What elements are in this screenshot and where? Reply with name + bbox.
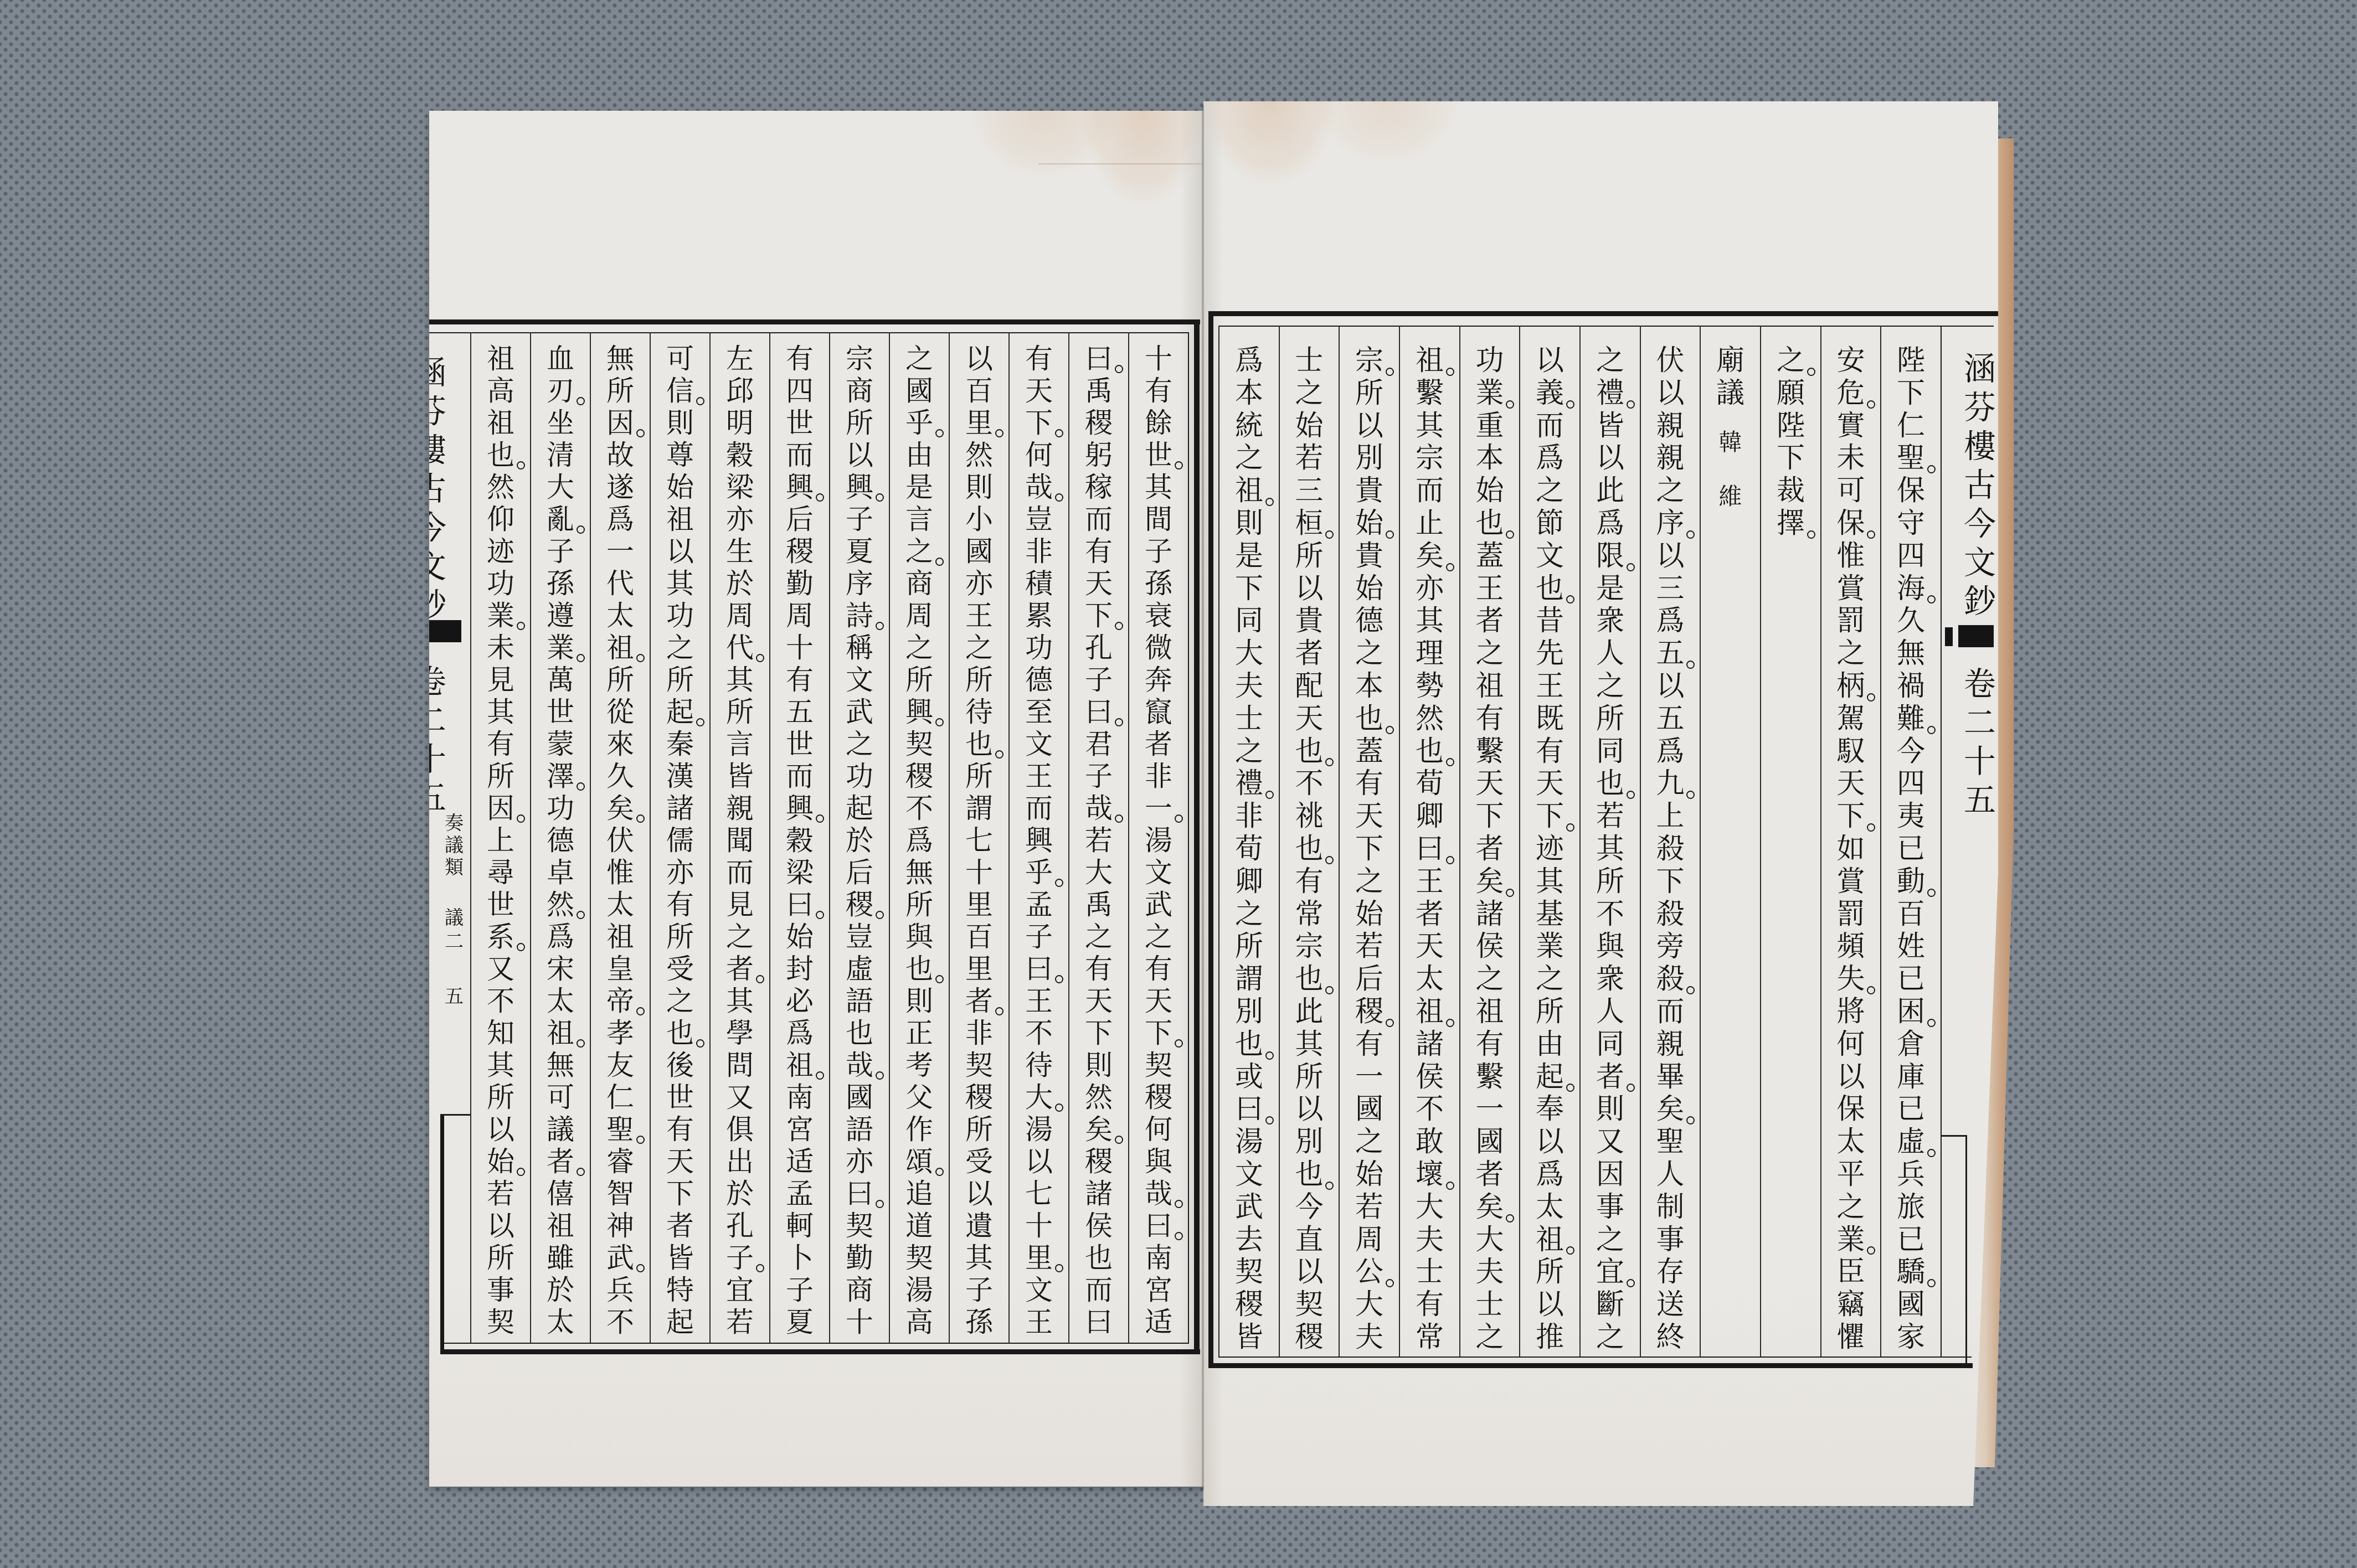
glyph: 與	[1581, 931, 1640, 963]
glyph: 而	[1010, 792, 1068, 824]
glyph: 所	[1280, 1061, 1339, 1094]
glyph: 王	[1010, 985, 1068, 1017]
glyph: 邱	[711, 375, 769, 407]
glyph: 大	[1069, 857, 1128, 889]
glyph: 大	[1400, 1192, 1459, 1224]
glyph: 直	[1280, 1224, 1339, 1257]
glyph: 賞	[1821, 866, 1880, 899]
glyph: 可	[651, 343, 709, 375]
glyph: 陛	[1881, 345, 1941, 378]
glyph: 以	[1641, 378, 1700, 410]
glyph: 興	[1010, 824, 1068, 857]
glyph: 矣	[591, 792, 650, 824]
glyph: 始	[471, 1146, 530, 1178]
glyph: 旅	[1881, 1192, 1941, 1224]
glyph: 亦	[711, 503, 769, 535]
glyph: 今	[1881, 736, 1941, 768]
glyph: 契	[890, 728, 949, 760]
glyph: 孔	[1069, 632, 1128, 664]
text-column: 左邱明穀梁亦生於周代其所言皆親聞而見之者其學問又俱出於孔子宜若	[709, 332, 769, 1343]
punctuation-circle	[1867, 693, 1875, 702]
glyph: 公	[1340, 1256, 1399, 1289]
glyph: 若	[711, 1306, 769, 1338]
glyph: 始	[651, 471, 709, 503]
punctuation-circle	[636, 814, 645, 823]
glyph: 守	[1881, 508, 1941, 540]
header-bracket-line	[1965, 1135, 1967, 1363]
glyph: 蓋	[1460, 540, 1519, 573]
glyph: 子	[1069, 664, 1128, 696]
glyph: 兵	[591, 1274, 650, 1306]
glyph: 起	[651, 1306, 709, 1338]
glyph: 后	[830, 857, 889, 889]
glyph: 微	[1129, 632, 1188, 664]
glyph: 宗	[1340, 345, 1399, 378]
glyph: 不	[1581, 899, 1640, 931]
glyph: 業	[531, 632, 590, 664]
glyph: 同	[1581, 1029, 1640, 1061]
glyph: 卷	[429, 662, 452, 701]
glyph: 鈔	[1958, 582, 1998, 621]
glyph: 保	[1821, 508, 1880, 540]
text-column: 可信則尊始祖以其功之所起秦漢諸儒亦有所受之也後世有天下者皆特起	[650, 332, 709, 1343]
glyph: 議	[531, 1113, 590, 1146]
glyph: 太	[591, 600, 650, 632]
glyph: 旁	[1641, 931, 1700, 963]
glyph: 祖	[1520, 1224, 1579, 1257]
glyph: 事	[1581, 1192, 1640, 1224]
glyph: 親	[1641, 1029, 1700, 1061]
glyph: 士	[1460, 1289, 1519, 1322]
glyph: 稷	[770, 535, 829, 568]
glyph: 武	[1129, 889, 1188, 921]
glyph: 所	[711, 696, 769, 728]
glyph: 以	[1010, 1146, 1068, 1178]
glyph: 德	[1010, 664, 1068, 696]
glyph: 考	[890, 1049, 949, 1081]
frame-bottom-inner	[1218, 1356, 1972, 1358]
glyph: 柄	[1821, 670, 1880, 703]
glyph: 若	[1340, 931, 1399, 963]
glyph: 勢	[1400, 670, 1459, 703]
glyph: 馭	[1821, 736, 1880, 768]
glyph: 皆	[651, 1242, 709, 1274]
punctuation-circle	[816, 493, 824, 502]
glyph: 累	[1010, 600, 1068, 632]
glyph: 宗	[1280, 931, 1339, 963]
glyph: 既	[1520, 703, 1579, 736]
glyph: 孟	[770, 1178, 829, 1210]
glyph: 世	[770, 407, 829, 439]
glyph: 其	[471, 696, 530, 728]
glyph: 七	[1010, 1178, 1068, 1210]
water-stain	[1203, 101, 1336, 184]
glyph: 下	[1520, 801, 1579, 833]
glyph: 卜	[770, 1242, 829, 1274]
glyph: 者	[1581, 1061, 1640, 1094]
glyph: 天	[1280, 703, 1339, 736]
glyph: 樓	[1958, 427, 1998, 466]
glyph: 敢	[1400, 1126, 1459, 1159]
glyph: 契	[1280, 1289, 1339, 1322]
glyph: 其	[711, 985, 769, 1017]
punctuation-circle	[1506, 530, 1514, 539]
glyph: 大	[1340, 1289, 1399, 1322]
glyph: 之	[1581, 345, 1640, 378]
glyph: 所	[950, 1113, 1008, 1146]
right-page: 涵芬樓古今文鈔 卷二十五 陛下仁聖保守四海久無禍難今四夷已動百姓已困倉庫已虛兵旅…	[1203, 101, 1998, 1506]
glyph: 其	[1400, 605, 1459, 638]
glyph: 里	[1010, 1242, 1068, 1274]
punctuation-circle	[1325, 530, 1334, 539]
glyph: 僖	[531, 1178, 590, 1210]
glyph: 生	[711, 535, 769, 568]
text-column: 以義而爲之節文也昔先王既有天下迹其基業之所由起奉以爲太祖所以推	[1519, 326, 1579, 1356]
glyph: 三	[1641, 573, 1700, 606]
glyph: 四	[1881, 768, 1941, 801]
glyph: 之	[1821, 638, 1880, 670]
frame-top-outer	[1208, 311, 1998, 316]
punctuation-circle	[1867, 1246, 1875, 1255]
glyph: 與	[890, 921, 949, 953]
glyph: 議	[440, 906, 468, 930]
glyph: 蓋	[1340, 736, 1399, 768]
glyph: 王	[1010, 1306, 1068, 1338]
glyph: 仰	[471, 503, 530, 535]
glyph: 契	[830, 1210, 889, 1242]
glyph: 之	[1460, 1322, 1519, 1354]
glyph: 三	[1280, 475, 1339, 508]
glyph: 文	[1129, 857, 1188, 889]
punctuation-circle	[1627, 1279, 1635, 1287]
glyph: 也	[1280, 963, 1339, 996]
glyph: 聖	[591, 1113, 650, 1146]
glyph: 於	[711, 568, 769, 600]
glyph: 文	[1219, 1159, 1279, 1192]
glyph: 有	[651, 1113, 709, 1146]
glyph: 矣	[1460, 1192, 1519, 1224]
glyph: 久	[1881, 605, 1941, 638]
glyph: 始	[1340, 573, 1399, 606]
glyph: 里	[950, 889, 1008, 921]
glyph: 高	[890, 1306, 949, 1338]
glyph: 見	[471, 664, 530, 696]
glyph: 繫	[1400, 378, 1459, 410]
glyph: 推	[1520, 1322, 1579, 1354]
glyph: 別	[1340, 442, 1399, 475]
glyph: 其	[651, 568, 709, 600]
glyph: 惟	[1821, 540, 1880, 573]
glyph: 文	[1520, 540, 1579, 573]
glyph: 貴	[1340, 540, 1399, 573]
glyph: 國	[1881, 1289, 1941, 1322]
glyph: 議	[440, 834, 468, 857]
glyph: 文	[1010, 1274, 1068, 1306]
glyph: 曰	[1219, 1094, 1279, 1126]
glyph: 祖	[1400, 345, 1459, 378]
glyph: 皆	[711, 760, 769, 792]
glyph: 芬	[1958, 388, 1998, 427]
glyph: 仁	[591, 1081, 650, 1113]
glyph: 困	[1881, 996, 1941, 1029]
glyph: 安	[1821, 345, 1880, 378]
text-column: 之禮皆以此爲限是衆人之所同也若其所不與衆人同者則又因事之宜斷之	[1579, 326, 1640, 1356]
glyph: 姓	[1881, 931, 1941, 963]
glyph: 荀	[1219, 833, 1279, 866]
glyph: 可	[531, 1081, 590, 1113]
glyph: 以	[1581, 442, 1640, 475]
glyph: 湯	[1219, 1126, 1279, 1159]
glyph: 有	[770, 343, 829, 375]
glyph: 何	[1010, 439, 1068, 471]
glyph: 之	[830, 728, 889, 760]
glyph: 文	[1010, 728, 1068, 760]
glyph: 武	[591, 1242, 650, 1274]
left-page: 涵芬樓古今文鈔 卷二十五 奏議類 議二 五 十有餘世其間子孫衰微奔竄者非一湯文武…	[429, 111, 1205, 1487]
running-head-category: 奏議類	[440, 812, 468, 879]
glyph: 起	[830, 792, 889, 824]
punctuation-circle	[1566, 1084, 1574, 1092]
glyph: 若	[1340, 1192, 1399, 1224]
punctuation-circle	[1927, 595, 1936, 604]
glyph: 家	[1881, 1322, 1941, 1354]
glyph: 曰	[1129, 1210, 1188, 1242]
glyph: 者	[950, 985, 1008, 1017]
glyph: 稷	[1069, 407, 1128, 439]
glyph: 夏	[770, 1306, 829, 1338]
glyph: 功	[1010, 632, 1068, 664]
glyph: 聞	[711, 824, 769, 857]
punctuation-circle	[636, 1136, 645, 1144]
glyph: 后	[770, 503, 829, 535]
punctuation-circle	[935, 718, 944, 726]
punctuation-circle	[876, 1200, 884, 1208]
punctuation-circle	[876, 911, 884, 919]
glyph: 商	[830, 1274, 889, 1306]
glyph: 重	[1460, 410, 1519, 443]
glyph: 保	[1821, 1094, 1880, 1126]
glyph: 五	[1641, 638, 1700, 670]
glyph: 無	[890, 857, 949, 889]
glyph: 而	[770, 439, 829, 471]
punctuation-circle	[1506, 400, 1514, 409]
glyph: 諸	[1400, 1029, 1459, 1061]
glyph: 待	[950, 696, 1008, 728]
punctuation-circle	[1807, 368, 1815, 376]
glyph: 後	[651, 1049, 709, 1081]
punctuation-circle	[636, 654, 645, 662]
glyph: 帝	[591, 985, 650, 1017]
glyph: 下	[1219, 573, 1279, 606]
glyph: 衆	[1581, 605, 1640, 638]
glyph: 失	[1821, 963, 1880, 996]
glyph: 祖	[591, 632, 650, 664]
glyph: 稷	[1069, 1146, 1128, 1178]
glyph: 人	[1581, 638, 1640, 670]
glyph: 則	[890, 985, 949, 1017]
glyph: 五	[429, 778, 452, 817]
text-column: 之願陛下裁擇	[1760, 326, 1820, 1356]
glyph: 節	[1520, 508, 1579, 540]
glyph: 上	[1641, 801, 1700, 833]
glyph: 海	[1881, 573, 1941, 606]
glyph: 武	[830, 696, 889, 728]
punctuation-circle	[636, 1007, 645, 1015]
text-column: 祖繫其宗而止矣亦其理勢然也荀卿曰王者天太祖諸侯不敢壞大夫士有常	[1399, 326, 1459, 1356]
glyph: 俱	[711, 1113, 769, 1146]
glyph: 以	[950, 343, 1008, 375]
glyph: 祖	[1460, 996, 1519, 1029]
glyph: 言	[890, 503, 949, 535]
glyph: 功	[830, 760, 889, 792]
glyph: 親	[1641, 442, 1700, 475]
glyph: 稱	[830, 632, 889, 664]
glyph: 積	[1010, 568, 1068, 600]
glyph: 侯	[1069, 1210, 1128, 1242]
glyph: 哉	[1129, 1178, 1188, 1210]
punctuation-circle	[1566, 823, 1574, 832]
glyph: 因	[471, 792, 530, 824]
punctuation-circle	[876, 493, 884, 502]
glyph: 之	[1460, 963, 1519, 996]
punctuation-circle	[1055, 1103, 1063, 1112]
glyph: 之	[1821, 1192, 1880, 1224]
glyph: 然	[950, 439, 1008, 471]
glyph: 之	[651, 985, 709, 1017]
glyph: 兵	[1881, 1159, 1941, 1192]
glyph: 蒙	[531, 728, 590, 760]
glyph: 勤	[830, 1242, 889, 1274]
glyph: 受	[950, 1146, 1008, 1178]
glyph: 所	[591, 375, 650, 407]
glyph: 桓	[1280, 508, 1339, 540]
glyph: 之	[1520, 475, 1579, 508]
glyph: 然	[1400, 703, 1459, 736]
punctuation-circle	[816, 911, 824, 919]
punctuation-circle	[1867, 823, 1875, 832]
glyph: 待	[1010, 1049, 1068, 1081]
punctuation-circle	[756, 975, 764, 983]
glyph: 又	[711, 1081, 769, 1113]
glyph: 五	[770, 696, 829, 728]
glyph: 然	[1069, 1081, 1128, 1113]
glyph: 奏	[440, 812, 468, 834]
glyph: 尋	[471, 857, 530, 889]
glyph: 已	[1881, 1224, 1941, 1257]
glyph: 送	[1641, 1289, 1700, 1322]
glyph: 之	[1340, 1126, 1399, 1159]
glyph: 稼	[1069, 471, 1128, 503]
glyph: 繫	[1460, 736, 1519, 768]
glyph: 則	[1581, 1094, 1640, 1126]
glyph: 終	[1641, 1322, 1700, 1354]
glyph: 南	[1129, 1242, 1188, 1274]
glyph: 聖	[1881, 442, 1941, 475]
glyph: 澤	[531, 760, 590, 792]
punctuation-circle	[935, 429, 944, 437]
punctuation-circle	[1325, 1182, 1334, 1190]
glyph: 難	[1881, 703, 1941, 736]
glyph: 祖	[1400, 996, 1459, 1029]
glyph: 此	[1581, 475, 1640, 508]
punctuation-circle	[1927, 726, 1936, 734]
punctuation-circle	[1927, 1019, 1936, 1027]
punctuation-circle	[1506, 1214, 1514, 1223]
glyph: 穀	[711, 439, 769, 471]
punctuation-circle	[1867, 530, 1875, 539]
punctuation-circle	[577, 1039, 585, 1048]
glyph: 也	[1520, 573, 1579, 606]
glyph: 古	[1958, 466, 1998, 504]
glyph: 父	[890, 1081, 949, 1113]
punctuation-circle	[1175, 1039, 1183, 1048]
glyph: 序	[1641, 508, 1700, 540]
glyph: 別	[1219, 996, 1279, 1029]
glyph: 其	[711, 664, 769, 696]
punctuation-circle	[517, 622, 525, 630]
glyph: 太	[1400, 963, 1459, 996]
glyph: 之	[1581, 1224, 1640, 1257]
glyph: 始	[1340, 508, 1399, 540]
glyph: 非	[1129, 760, 1188, 792]
punctuation-circle	[517, 461, 525, 470]
glyph: 之	[1460, 638, 1519, 670]
glyph: 世	[471, 889, 530, 921]
glyph: 祖	[591, 921, 650, 953]
glyph: 國	[890, 375, 949, 407]
glyph: 庫	[1881, 1061, 1941, 1094]
glyph: 之	[1641, 475, 1700, 508]
glyph: 國	[1340, 1094, 1399, 1126]
glyph: 芬	[429, 392, 452, 431]
glyph: 繫	[1460, 1061, 1519, 1094]
glyph: 懼	[1821, 1322, 1880, 1354]
glyph: 也	[651, 1017, 709, 1049]
punctuation-circle	[1055, 493, 1063, 502]
glyph: 來	[591, 728, 650, 760]
glyph: 所	[1219, 931, 1279, 963]
glyph: 不	[1010, 1017, 1068, 1049]
paper-crease	[1038, 163, 1205, 164]
glyph: 賞	[1821, 573, 1880, 606]
text-column: 士之始若三桓所以貴者配天也不祧也有常宗也此其所以別也今直以契稷	[1279, 326, 1339, 1356]
glyph: 适	[770, 1146, 829, 1178]
glyph: 侯	[1400, 1061, 1459, 1094]
glyph: 文	[1958, 543, 1998, 582]
glyph: 所	[471, 1242, 530, 1274]
glyph: 四	[1881, 540, 1941, 573]
water-stain	[1083, 111, 1205, 205]
glyph: 睿	[591, 1146, 650, 1178]
glyph: 左	[711, 343, 769, 375]
punctuation-circle	[1627, 1084, 1635, 1092]
glyph: 下	[1129, 1017, 1188, 1049]
glyph: 何	[1129, 1113, 1188, 1146]
glyph: 者	[1460, 833, 1519, 866]
glyph: 下	[1010, 407, 1068, 439]
punctuation-circle	[1115, 1136, 1123, 1144]
glyph: 周	[770, 600, 829, 632]
glyph: 其	[1129, 471, 1188, 503]
glyph: 祖	[770, 1049, 829, 1081]
glyph: 受	[651, 953, 709, 985]
punctuation-circle	[577, 654, 585, 662]
glyph: 爲	[1520, 1159, 1579, 1192]
glyph: 國	[1460, 1126, 1519, 1159]
glyph: 明	[711, 407, 769, 439]
glyph: 有	[1069, 953, 1128, 985]
glyph: 者	[1460, 1159, 1519, 1192]
